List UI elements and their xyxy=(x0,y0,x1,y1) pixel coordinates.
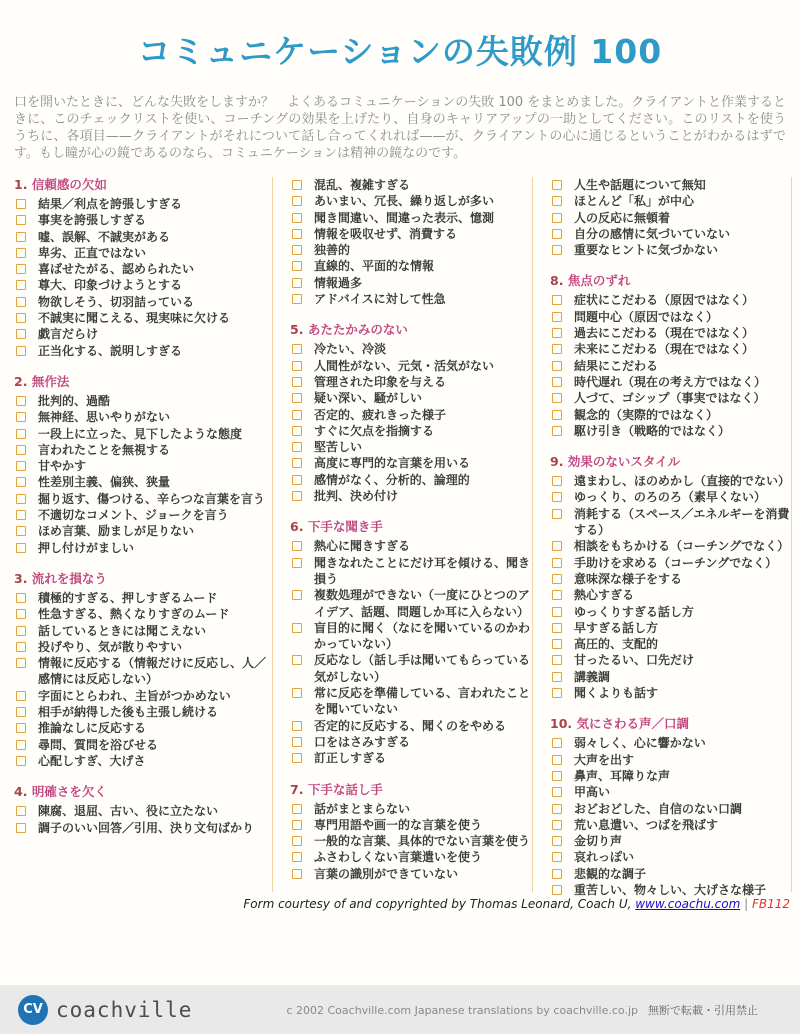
checklist-item-label: 情報を吸収せず、消費する xyxy=(314,226,532,242)
checkbox-icon[interactable] xyxy=(292,688,302,698)
checklist-item: ほめ言葉、励ましが足りない xyxy=(14,523,272,539)
checklist-item: 事実を誇張しすぎる xyxy=(14,212,272,228)
section-9: 9. 効果のないスタイル遠まわし、ほのめかし（直接的でない）ゆっくり、のろのろ（… xyxy=(550,454,791,701)
checklist-item: 甘やかす xyxy=(14,458,272,474)
checkbox-icon[interactable] xyxy=(552,426,562,436)
checkbox-icon[interactable] xyxy=(552,245,562,255)
checkbox-icon[interactable] xyxy=(16,526,26,536)
checkbox-icon[interactable] xyxy=(292,869,302,879)
section-number: 2. xyxy=(14,374,32,389)
checkbox-icon[interactable] xyxy=(292,442,302,452)
checklist-item-label: 相手が納得した後も主張し続ける xyxy=(38,704,272,720)
checklist-item-label: 重苦しい、物々しい、大げさな様子 xyxy=(574,882,791,898)
section-number: 8. xyxy=(550,273,568,288)
section-8: 8. 焦点のずれ症状にこだわる（原因ではなく）問題中心（原因ではなく）過去にこだ… xyxy=(550,273,791,439)
checkbox-icon[interactable] xyxy=(552,672,562,682)
checkbox-icon[interactable] xyxy=(16,756,26,766)
section-title: あたたかみのない xyxy=(308,322,408,337)
checklist-item-label: すぐに欠点を指摘する xyxy=(314,423,532,439)
checkbox-icon[interactable] xyxy=(292,590,302,600)
checklist-item: 堅苦しい xyxy=(290,439,532,455)
checkbox-icon[interactable] xyxy=(552,229,562,239)
section-1: 1. 信頼感の欠如結果／利点を誇張しすぎる事実を誇張しすぎる嘘、誤解、不誠実があ… xyxy=(14,177,272,359)
checklist-item-label: 聞くよりも話す xyxy=(574,685,791,701)
checklist-item: 消耗する（スペース／エネルギーを消費する） xyxy=(550,506,791,539)
checklist-item-label: 投げやり、気が散りやすい xyxy=(38,639,272,655)
checkbox-icon[interactable] xyxy=(552,639,562,649)
checkbox-icon[interactable] xyxy=(16,280,26,290)
checkbox-icon[interactable] xyxy=(292,737,302,747)
checklist-item: 人間性がない、元気・活気がない xyxy=(290,358,532,374)
checklist-item-label: 自分の感情に気づいていない xyxy=(574,226,791,242)
checklist-item: 駆け引き（戦略的ではなく） xyxy=(550,423,791,439)
checklist-item-label: 甲高い xyxy=(574,784,791,800)
checkbox-icon[interactable] xyxy=(16,740,26,750)
checklist-item: 疑い深い、騒がしい xyxy=(290,390,532,406)
section-continuation: 混乱、複雑すぎるあいまい、冗長、繰り返しが多い聞き間違い、間違った表示、憶測情報… xyxy=(290,177,532,307)
checklist-item: 訂正しすぎる xyxy=(290,750,532,766)
checklist-item: 冷たい、冷淡 xyxy=(290,341,532,357)
checkbox-icon[interactable] xyxy=(552,655,562,665)
checklist-item: 講義調 xyxy=(550,669,791,685)
footer-link[interactable]: www.coachu.com xyxy=(635,897,740,911)
section-heading: 7. 下手な話し手 xyxy=(290,782,532,798)
checklist-item: 調子のいい回答／引用、決り文句ばかり xyxy=(14,820,272,836)
checklist-item-label: 症状にこだわる（原因ではなく） xyxy=(574,292,791,308)
checkbox-icon[interactable] xyxy=(552,771,562,781)
checkbox-icon[interactable] xyxy=(16,396,26,406)
checklist-item-label: 高圧的、支配的 xyxy=(574,636,791,652)
checklist-item: 症状にこだわる（原因ではなく） xyxy=(550,292,791,308)
checklist-item-label: 問題中心（原因ではなく） xyxy=(574,309,791,325)
checklist-item: 悲観的な調子 xyxy=(550,866,791,882)
checkbox-icon[interactable] xyxy=(16,215,26,225)
checkbox-icon[interactable] xyxy=(16,297,26,307)
checkbox-icon[interactable] xyxy=(292,820,302,830)
checklist-item: 問題中心（原因ではなく） xyxy=(550,309,791,325)
checkbox-icon[interactable] xyxy=(552,344,562,354)
checkbox-icon[interactable] xyxy=(552,492,562,502)
checklist-item: 否定的に反応する、聞くのをやめる xyxy=(290,718,532,734)
section-heading: 8. 焦点のずれ xyxy=(550,273,791,289)
checklist-item-label: 荒い息遣い、つばを飛ばす xyxy=(574,817,791,833)
checklist-item: 複数処理ができない（一度にひとつのアイデア、話題、問題しか耳に入らない） xyxy=(290,587,532,620)
bottom-bar: CV coachville c 2002 Coachville.com Japa… xyxy=(0,985,800,1034)
checklist-item: 無神経、思いやりがない xyxy=(14,409,272,425)
checklist-item-label: 意味深な様子をする xyxy=(574,571,791,587)
checklist-item: 甘ったるい、口先だけ xyxy=(550,652,791,668)
checklist-item: 否定的、疲れきった様子 xyxy=(290,407,532,423)
checkbox-icon[interactable] xyxy=(16,723,26,733)
checkbox-icon[interactable] xyxy=(16,346,26,356)
checklist-item: 反応なし（話し手は聞いてもらっている気がしない） xyxy=(290,652,532,685)
checklist-item-label: 喜ばせたがる、認められたい xyxy=(38,261,272,277)
checkbox-icon[interactable] xyxy=(16,445,26,455)
column-1: 1. 信頼感の欠如結果／利点を誇張しすぎる事実を誇張しすぎる嘘、誤解、不誠実があ… xyxy=(14,177,272,892)
checkbox-icon[interactable] xyxy=(552,393,562,403)
checklist-item: 話がまとまらない xyxy=(290,801,532,817)
checkbox-icon[interactable] xyxy=(16,823,26,833)
checklist-item-label: 心配しすぎ、大げさ xyxy=(38,753,272,769)
checklist-item: 重要なヒントに気づかない xyxy=(550,242,791,258)
section-heading: 5. あたたかみのない xyxy=(290,322,532,338)
checkbox-icon[interactable] xyxy=(16,510,26,520)
checkbox-icon[interactable] xyxy=(16,313,26,323)
checklist-item-label: 反応なし（話し手は聞いてもらっている気がしない） xyxy=(314,652,532,685)
footer-separator: | xyxy=(740,897,752,911)
checklist-item-label: 掘り返す、傷つける、辛らつな言葉を言う xyxy=(38,491,272,507)
checkbox-icon[interactable] xyxy=(552,541,562,551)
checklist-item-label: 結果にこだわる xyxy=(574,358,791,374)
coachville-logo: CV coachville xyxy=(18,995,192,1025)
checklist-item: 大声を出す xyxy=(550,752,791,768)
checklist-item: 専門用語や画一的な言葉を使う xyxy=(290,817,532,833)
section-heading: 1. 信頼感の欠如 xyxy=(14,177,272,193)
checklist-item: 推論なしに反応する xyxy=(14,720,272,736)
section-7: 7. 下手な話し手話がまとまらない専門用語や画一的な言葉を使う一般的な言葉、具体… xyxy=(290,782,532,882)
page-title: コミュニケーションの失敗例 100 xyxy=(0,30,800,74)
checklist-item: 自分の感情に気づいていない xyxy=(550,226,791,242)
checklist-item: ほとんど「私」が中心 xyxy=(550,193,791,209)
checkbox-icon[interactable] xyxy=(292,410,302,420)
checkbox-icon[interactable] xyxy=(552,820,562,830)
checkbox-icon[interactable] xyxy=(552,377,562,387)
checkbox-icon[interactable] xyxy=(552,196,562,206)
checkbox-icon[interactable] xyxy=(552,623,562,633)
checklist-item-label: 甘やかす xyxy=(38,458,272,474)
checklist-item-label: ゆっくり、のろのろ（素早くない） xyxy=(574,489,791,505)
checklist-item-label: 未来にこだわる（現在ではなく） xyxy=(574,341,791,357)
checklist-item-label: 情報に反応する（情報だけに反応し、人／感情には反応しない） xyxy=(38,655,272,688)
checklist-item: 積極的すぎる、押しすぎるムード xyxy=(14,590,272,606)
checkbox-icon[interactable] xyxy=(552,688,562,698)
checkbox-icon[interactable] xyxy=(16,658,26,668)
checklist-item-label: 聞き間違い、間違った表示、憶測 xyxy=(314,210,532,226)
checkbox-icon[interactable] xyxy=(292,344,302,354)
checkbox-icon[interactable] xyxy=(552,836,562,846)
checklist-item-label: 物欲しそう、切羽詰っている xyxy=(38,294,272,310)
checkbox-icon[interactable] xyxy=(16,707,26,717)
checklist-item-label: 正当化する、説明しすぎる xyxy=(38,343,272,359)
checklist-item-label: 人生や話題について無知 xyxy=(574,177,791,193)
checkbox-icon[interactable] xyxy=(552,885,562,895)
checklist-item-label: 疑い深い、騒がしい xyxy=(314,390,532,406)
checkbox-icon[interactable] xyxy=(16,494,26,504)
checkbox-icon[interactable] xyxy=(292,558,302,568)
checkbox-icon[interactable] xyxy=(292,294,302,304)
checkbox-icon[interactable] xyxy=(292,393,302,403)
checkbox-icon[interactable] xyxy=(552,180,562,190)
checkbox-icon[interactable] xyxy=(16,593,26,603)
checkbox-icon[interactable] xyxy=(552,787,562,797)
section-title: 効果のないスタイル xyxy=(568,454,680,469)
checkbox-icon[interactable] xyxy=(552,558,562,568)
checkbox-icon[interactable] xyxy=(552,295,562,305)
checkbox-icon[interactable] xyxy=(292,753,302,763)
checklist-item-label: 調子のいい回答／引用、決り文句ばかり xyxy=(38,820,272,836)
checklist-item: 批判、決め付け xyxy=(290,488,532,504)
section-heading: 4. 明確さを欠く xyxy=(14,784,272,800)
checkbox-icon[interactable] xyxy=(292,426,302,436)
checklist-item: 人の反応に無頓着 xyxy=(550,210,791,226)
checkbox-icon[interactable] xyxy=(292,541,302,551)
section-heading: 10. 気にさわる声／口調 xyxy=(550,716,791,732)
checkbox-icon[interactable] xyxy=(16,199,26,209)
checkbox-icon[interactable] xyxy=(292,196,302,206)
checklist-item: 高度に専門的な言葉を用いる xyxy=(290,455,532,471)
checkbox-icon[interactable] xyxy=(552,738,562,748)
checklist-item: すぐに欠点を指摘する xyxy=(290,423,532,439)
checklist-item: 管理された印象を与える xyxy=(290,374,532,390)
checkbox-icon[interactable] xyxy=(16,626,26,636)
checkbox-icon[interactable] xyxy=(292,804,302,814)
checklist-item-label: 尋問、質問を浴びせる xyxy=(38,737,272,753)
checkbox-icon[interactable] xyxy=(292,213,302,223)
checkbox-icon[interactable] xyxy=(552,804,562,814)
column-3: 人生や話題について無知ほとんど「私」が中心人の反応に無頓着自分の感情に気づいてい… xyxy=(532,177,792,892)
checklist-item: 過去にこだわる（現在ではなく） xyxy=(550,325,791,341)
checklist-item-label: 言葉の識別ができていない xyxy=(314,866,532,882)
copyright-japanese-notice: 無断で転載・引用禁止 xyxy=(648,1004,758,1017)
checklist-item-label: 駆け引き（戦略的ではなく） xyxy=(574,423,791,439)
checklist-item: 人づて、ゴシップ（事実ではなく） xyxy=(550,390,791,406)
checkbox-icon[interactable] xyxy=(16,329,26,339)
checklist-item: 嘘、誤解、不誠実がある xyxy=(14,229,272,245)
checkbox-icon[interactable] xyxy=(292,229,302,239)
checklist-item-label: あいまい、冗長、繰り返しが多い xyxy=(314,193,532,209)
checkbox-icon[interactable] xyxy=(292,475,302,485)
checklist-item: 言葉の識別ができていない xyxy=(290,866,532,882)
checklist-item-label: 否定的に反応する、聞くのをやめる xyxy=(314,718,532,734)
checkbox-icon[interactable] xyxy=(552,607,562,617)
cv-logo-icon: CV xyxy=(18,995,48,1025)
section-heading: 6. 下手な聞き手 xyxy=(290,519,532,535)
checklist-item-label: 話がまとまらない xyxy=(314,801,532,817)
checklist-item: 性差別主義、偏狭、狭量 xyxy=(14,474,272,490)
checklist-item-label: 人の反応に無頓着 xyxy=(574,210,791,226)
checklist-item: 熱心すぎる xyxy=(550,587,791,603)
checklist-item: あいまい、冗長、繰り返しが多い xyxy=(290,193,532,209)
checklist-item-label: 聞きなれたことにだけ耳を傾ける、聞き損う xyxy=(314,555,532,588)
checklist-item: 情報に反応する（情報だけに反応し、人／感情には反応しない） xyxy=(14,655,272,688)
checklist-item-label: 鼻声、耳障りな声 xyxy=(574,768,791,784)
checklist-item: 口をはさみすぎる xyxy=(290,734,532,750)
checklist-item-label: 早すぎる話し方 xyxy=(574,620,791,636)
checkbox-icon[interactable] xyxy=(292,852,302,862)
checklist-item-label: 結果／利点を誇張しすぎる xyxy=(38,196,272,212)
checklist-item: 時代遅れ（現在の考え方ではなく） xyxy=(550,374,791,390)
checklist-item-label: 相談をもちかける（コーチングでなく） xyxy=(574,538,791,554)
checklist-item-label: 押し付けがましい xyxy=(38,540,272,556)
checklist-item: 正当化する、説明しすぎる xyxy=(14,343,272,359)
section-title: 下手な聞き手 xyxy=(308,519,383,534)
footer-form-code: FB112 xyxy=(752,897,790,911)
checkbox-icon[interactable] xyxy=(292,491,302,501)
checklist-item-label: 批判、決め付け xyxy=(314,488,532,504)
checkbox-icon[interactable] xyxy=(552,590,562,600)
checklist-item: 結果／利点を誇張しすぎる xyxy=(14,196,272,212)
section-2: 2. 無作法批判的、過酷無神経、思いやりがない一段上に立った、見下したような態度… xyxy=(14,374,272,556)
checklist-item: ふさわしくない言葉遣いを使う xyxy=(290,849,532,865)
checklist-item: 未来にこだわる（現在ではなく） xyxy=(550,341,791,357)
checklist-item-label: 陳腐、退屈、古い、役に立たない xyxy=(38,803,272,819)
checkbox-icon[interactable] xyxy=(552,755,562,765)
checklist-item-label: 一般的な言葉、具体的でない言葉を使う xyxy=(314,833,532,849)
checklist-item-label: アドバイスに対して性急 xyxy=(314,291,532,307)
checkbox-icon[interactable] xyxy=(292,721,302,731)
section-3: 3. 流れを損なう積極的すぎる、押しすぎるムード性急すぎる、熱くなりすぎのムード… xyxy=(14,571,272,769)
checklist-item: 直線的、平面的な情報 xyxy=(290,258,532,274)
checklist-item-label: 講義調 xyxy=(574,669,791,685)
checklist-item: 字面にとらわれ、主旨がつかめない xyxy=(14,688,272,704)
checklist-item-label: 時代遅れ（現在の考え方ではなく） xyxy=(574,374,791,390)
checklist-item: 混乱、複雑すぎる xyxy=(290,177,532,193)
checklist-item: 遠まわし、ほのめかし（直接的でない） xyxy=(550,473,791,489)
checklist-item-label: 独善的 xyxy=(314,242,532,258)
checklist-item-label: 常に反応を準備している、言われたことを聞いていない xyxy=(314,685,532,718)
section-number: 5. xyxy=(290,322,308,337)
checklist-item: 相手が納得した後も主張し続ける xyxy=(14,704,272,720)
checklist-item: 喜ばせたがる、認められたい xyxy=(14,261,272,277)
checklist-item-label: 悲観的な調子 xyxy=(574,866,791,882)
checklist-item: 物欲しそう、切羽詰っている xyxy=(14,294,272,310)
section-number: 1. xyxy=(14,177,32,192)
section-number: 4. xyxy=(14,784,32,799)
checkbox-icon[interactable] xyxy=(292,623,302,633)
section-title: 明確さを欠く xyxy=(32,784,107,799)
checkbox-icon[interactable] xyxy=(552,361,562,371)
checklist-item-label: ゆっくりすぎる話し方 xyxy=(574,604,791,620)
checklist-item: 重苦しい、物々しい、大げさな様子 xyxy=(550,882,791,898)
checkbox-icon[interactable] xyxy=(552,869,562,879)
section-title: 流れを損なう xyxy=(32,571,107,586)
checklist-item-label: 一段上に立った、見下したような態度 xyxy=(38,426,272,442)
checklist-item-label: 金切り声 xyxy=(574,833,791,849)
checklist-item: 人生や話題について無知 xyxy=(550,177,791,193)
checkbox-icon[interactable] xyxy=(16,429,26,439)
checkbox-icon[interactable] xyxy=(552,852,562,862)
checklist-item-label: ふさわしくない言葉遣いを使う xyxy=(314,849,532,865)
checkbox-icon[interactable] xyxy=(292,361,302,371)
copyright-text: c 2002 Coachville.com Japanese translati… xyxy=(286,1002,758,1018)
checklist-item-label: 管理された印象を与える xyxy=(314,374,532,390)
checklist-item-label: 不適切なコメント、ジョークを言う xyxy=(38,507,272,523)
checklist-item: 卑劣、正直ではない xyxy=(14,245,272,261)
checklist-item-label: 字面にとらわれ、主旨がつかめない xyxy=(38,688,272,704)
checkbox-icon[interactable] xyxy=(292,458,302,468)
checkbox-icon[interactable] xyxy=(552,574,562,584)
section-number: 9. xyxy=(550,454,568,469)
checklist-item-label: 専門用語や画一的な言葉を使う xyxy=(314,817,532,833)
checkbox-icon[interactable] xyxy=(16,412,26,422)
checkbox-icon[interactable] xyxy=(552,213,562,223)
checklist-item: 一般的な言葉、具体的でない言葉を使う xyxy=(290,833,532,849)
checklist-columns: 1. 信頼感の欠如結果／利点を誇張しすぎる事実を誇張しすぎる嘘、誤解、不誠実があ… xyxy=(14,177,800,892)
checkbox-icon[interactable] xyxy=(16,691,26,701)
document-page: コミュニケーションの失敗例 100 口を開いたときに、どんな失敗をしますか？ よ… xyxy=(0,30,800,892)
checkbox-icon[interactable] xyxy=(292,261,302,271)
section-heading: 3. 流れを損なう xyxy=(14,571,272,587)
checklist-item-label: 感情がなく、分析的、論理的 xyxy=(314,472,532,488)
checkbox-icon[interactable] xyxy=(552,312,562,322)
checklist-item: 相談をもちかける（コーチングでなく） xyxy=(550,538,791,554)
checkbox-icon[interactable] xyxy=(292,836,302,846)
checklist-item-label: 甘ったるい、口先だけ xyxy=(574,652,791,668)
section-title: 信頼感の欠如 xyxy=(32,177,107,192)
checkbox-icon[interactable] xyxy=(16,461,26,471)
footer-credit: Form courtesy of and copyrighted by Thom… xyxy=(243,897,790,911)
checklist-item: 押し付けがましい xyxy=(14,540,272,556)
checklist-item-label: 手助けを求める（コーチングでなく） xyxy=(574,555,791,571)
checklist-item: 哀れっぽい xyxy=(550,849,791,865)
checklist-item-label: 情報過多 xyxy=(314,275,532,291)
checkbox-icon[interactable] xyxy=(16,642,26,652)
section-continuation: 人生や話題について無知ほとんど「私」が中心人の反応に無頓着自分の感情に気づいてい… xyxy=(550,177,791,258)
checklist-item-label: おどおどした、自信のない口調 xyxy=(574,801,791,817)
checklist-item: 陳腐、退屈、古い、役に立たない xyxy=(14,803,272,819)
checklist-item-label: 人づて、ゴシップ（事実ではなく） xyxy=(574,390,791,406)
checklist-item-label: 訂正しすぎる xyxy=(314,750,532,766)
checkbox-icon[interactable] xyxy=(552,509,562,519)
checkbox-icon[interactable] xyxy=(552,328,562,338)
checklist-item: 弱々しく、心に響かない xyxy=(550,735,791,751)
checkbox-icon[interactable] xyxy=(16,543,26,553)
intro-paragraph: 口を開いたときに、どんな失敗をしますか？ よくあるコミュニケーションの失敗 10… xyxy=(14,94,786,162)
checkbox-icon[interactable] xyxy=(292,180,302,190)
checklist-item: 投げやり、気が散りやすい xyxy=(14,639,272,655)
checklist-item-label: 事実を誇張しすぎる xyxy=(38,212,272,228)
checkbox-icon[interactable] xyxy=(292,377,302,387)
section-number: 3. xyxy=(14,571,32,586)
checkbox-icon[interactable] xyxy=(16,609,26,619)
checklist-item: 一段上に立った、見下したような態度 xyxy=(14,426,272,442)
checkbox-icon[interactable] xyxy=(16,248,26,258)
checklist-item: 常に反応を準備している、言われたことを聞いていない xyxy=(290,685,532,718)
checkbox-icon[interactable] xyxy=(292,655,302,665)
checklist-item: 聞き間違い、間違った表示、憶測 xyxy=(290,210,532,226)
checkbox-icon[interactable] xyxy=(16,477,26,487)
checklist-item: 聞きなれたことにだけ耳を傾ける、聞き損う xyxy=(290,555,532,588)
section-5: 5. あたたかみのない冷たい、冷淡人間性がない、元気・活気がない管理された印象を… xyxy=(290,322,532,504)
checklist-item: 手助けを求める（コーチングでなく） xyxy=(550,555,791,571)
section-title: 下手な話し手 xyxy=(308,782,383,797)
section-number: 10. xyxy=(550,716,577,731)
checkbox-icon[interactable] xyxy=(292,278,302,288)
checkbox-icon[interactable] xyxy=(552,410,562,420)
checklist-item-label: ほとんど「私」が中心 xyxy=(574,193,791,209)
checkbox-icon[interactable] xyxy=(16,264,26,274)
checklist-item-label: 積極的すぎる、押しすぎるムード xyxy=(38,590,272,606)
checklist-item: おどおどした、自信のない口調 xyxy=(550,801,791,817)
checklist-item-label: 熱心に聞きすぎる xyxy=(314,538,532,554)
checklist-item-label: 性差別主義、偏狭、狭量 xyxy=(38,474,272,490)
checkbox-icon[interactable] xyxy=(16,232,26,242)
checklist-item-label: 大声を出す xyxy=(574,752,791,768)
checklist-item-label: 熱心すぎる xyxy=(574,587,791,603)
checklist-item: アドバイスに対して性急 xyxy=(290,291,532,307)
checklist-item-label: 複数処理ができない（一度にひとつのアイデア、話題、問題しか耳に入らない） xyxy=(314,587,532,620)
checklist-item: 独善的 xyxy=(290,242,532,258)
checkbox-icon[interactable] xyxy=(292,245,302,255)
section-title: 気にさわる声／口調 xyxy=(577,716,690,731)
checkbox-icon[interactable] xyxy=(16,806,26,816)
checklist-item: 性急すぎる、熱くなりすぎのムード xyxy=(14,606,272,622)
checklist-item: 結果にこだわる xyxy=(550,358,791,374)
checklist-item-label: 人間性がない、元気・活気がない xyxy=(314,358,532,374)
checklist-item: ゆっくり、のろのろ（素早くない） xyxy=(550,489,791,505)
checkbox-icon[interactable] xyxy=(552,476,562,486)
section-heading: 2. 無作法 xyxy=(14,374,272,390)
